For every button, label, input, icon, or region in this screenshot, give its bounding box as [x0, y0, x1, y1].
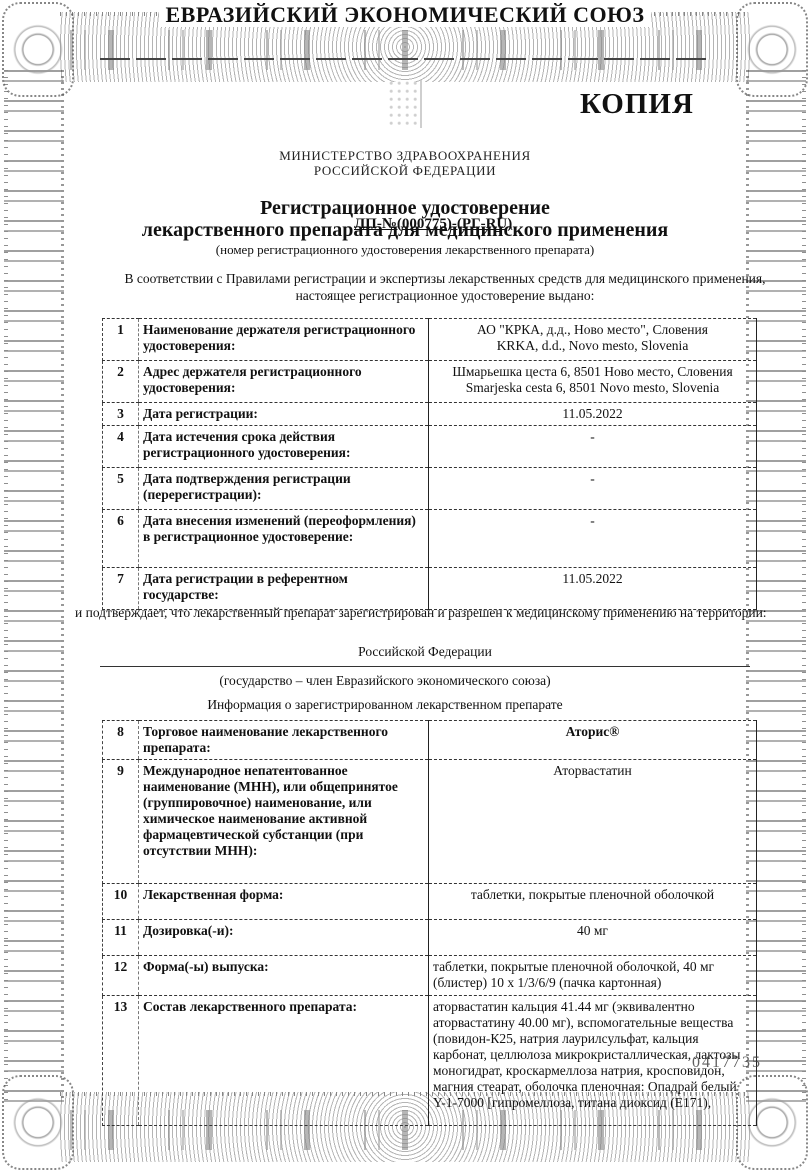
table-row: 11Дозировка(-и):40 мг — [103, 920, 757, 956]
union-title: ЕВРАЗИЙСКИЙ ЭКОНОМИЧЕСКИЙ СОЮЗ — [0, 2, 810, 28]
table-row: 13Состав лекарственного препарата:аторва… — [103, 996, 757, 1126]
row-label: Дата истечения срока действия регистраци… — [139, 426, 429, 468]
row-number: 3 — [103, 403, 139, 426]
table-row: 10Лекарственная форма:таблетки, покрытые… — [103, 884, 757, 920]
row-number: 5 — [103, 468, 139, 510]
table-row: 9Международное непатентованное наименова… — [103, 760, 757, 884]
territory-name: Российской Федерации — [100, 644, 750, 667]
row-number: 6 — [103, 510, 139, 568]
row-number: 2 — [103, 361, 139, 403]
row-value: - — [429, 510, 757, 568]
confirmation-text: и подтверждает, что лекарственный препар… — [75, 604, 770, 621]
row-label: Дата подтверждения регистрации (перереги… — [139, 468, 429, 510]
row-number: 11 — [103, 920, 139, 956]
table-row: 2Адрес держателя регистрационного удосто… — [103, 361, 757, 403]
row-number: 8 — [103, 721, 139, 760]
product-table: 8Торговое наименование лекарственного пр… — [102, 720, 757, 1126]
inner-frame-line — [100, 58, 710, 60]
row-value: Шмарьешка цеста 6, 8501 Ново место, Слов… — [429, 361, 757, 403]
row-label: Дата регистрации: — [139, 403, 429, 426]
row-value: АО "КРКА, д.д., Ново место", Словения KR… — [429, 319, 757, 361]
row-number: 4 — [103, 426, 139, 468]
ministry-name: МИНИСТЕРСТВО ЗДРАВООХРАНЕНИЯ РОССИЙСКОЙ … — [0, 148, 810, 178]
table-row: 8Торговое наименование лекарственного пр… — [103, 721, 757, 760]
certificate-number-caption: (номер регистрационного удостоверения ле… — [0, 242, 810, 258]
state-emblem-icon — [388, 80, 422, 128]
row-number: 9 — [103, 760, 139, 884]
row-label: Торговое наименование лекарственного пре… — [139, 721, 429, 760]
territory-caption: (государство – член Евразийского экономи… — [0, 673, 770, 689]
table-row: 1Наименование держателя регистрационного… — [103, 319, 757, 361]
row-label: Лекарственная форма: — [139, 884, 429, 920]
copy-stamp: КОПИЯ — [580, 88, 694, 121]
row-label: Состав лекарственного препарата: — [139, 996, 429, 1126]
corner-rosette-icon — [2, 1075, 74, 1170]
product-info-heading: Информация о зарегистрированном лекарств… — [0, 697, 770, 713]
row-number: 10 — [103, 884, 139, 920]
intro-text: В соответствии с Правилами регистрации и… — [120, 270, 770, 304]
row-number: 1 — [103, 319, 139, 361]
serial-number: 0417735 — [692, 1054, 762, 1072]
row-value: таблетки, покрытые пленочной оболочкой — [429, 884, 757, 920]
certificate-number: ЛП-№(000775)-(РГ-RU) — [354, 216, 512, 233]
row-label: Международное непатентованное наименован… — [139, 760, 429, 884]
table-row: 3Дата регистрации:11.05.2022 — [103, 403, 757, 426]
table-row: 5Дата подтверждения регистрации (перерег… — [103, 468, 757, 510]
row-label: Адрес держателя регистрационного удостов… — [139, 361, 429, 403]
row-value: 40 мг — [429, 920, 757, 956]
row-number: 13 — [103, 996, 139, 1126]
table-row: 4Дата истечения срока действия регистрац… — [103, 426, 757, 468]
row-value: - — [429, 468, 757, 510]
row-number: 12 — [103, 956, 139, 996]
row-label: Форма(-ы) выпуска: — [139, 956, 429, 996]
row-value: Аторвастатин — [429, 760, 757, 884]
registration-table: 1Наименование держателя регистрационного… — [102, 318, 757, 610]
row-value: таблетки, покрытые пленочной оболочкой, … — [429, 956, 757, 996]
row-label: Наименование держателя регистрационного … — [139, 319, 429, 361]
ministry-line-1: МИНИСТЕРСТВО ЗДРАВООХРАНЕНИЯ — [0, 148, 810, 163]
ministry-line-2: РОССИЙСКОЙ ФЕДЕРАЦИИ — [0, 163, 810, 178]
row-label: Дата внесения изменений (переоформления)… — [139, 510, 429, 568]
row-value: - — [429, 426, 757, 468]
union-title-text: ЕВРАЗИЙСКИЙ ЭКОНОМИЧЕСКИЙ СОЮЗ — [159, 2, 650, 27]
table-row: 12Форма(-ы) выпуска:таблетки, покрытые п… — [103, 956, 757, 996]
table-row: 6Дата внесения изменений (переоформления… — [103, 510, 757, 568]
row-value: 11.05.2022 — [429, 403, 757, 426]
row-label: Дозировка(-и): — [139, 920, 429, 956]
row-value: Аторис® — [429, 721, 757, 760]
